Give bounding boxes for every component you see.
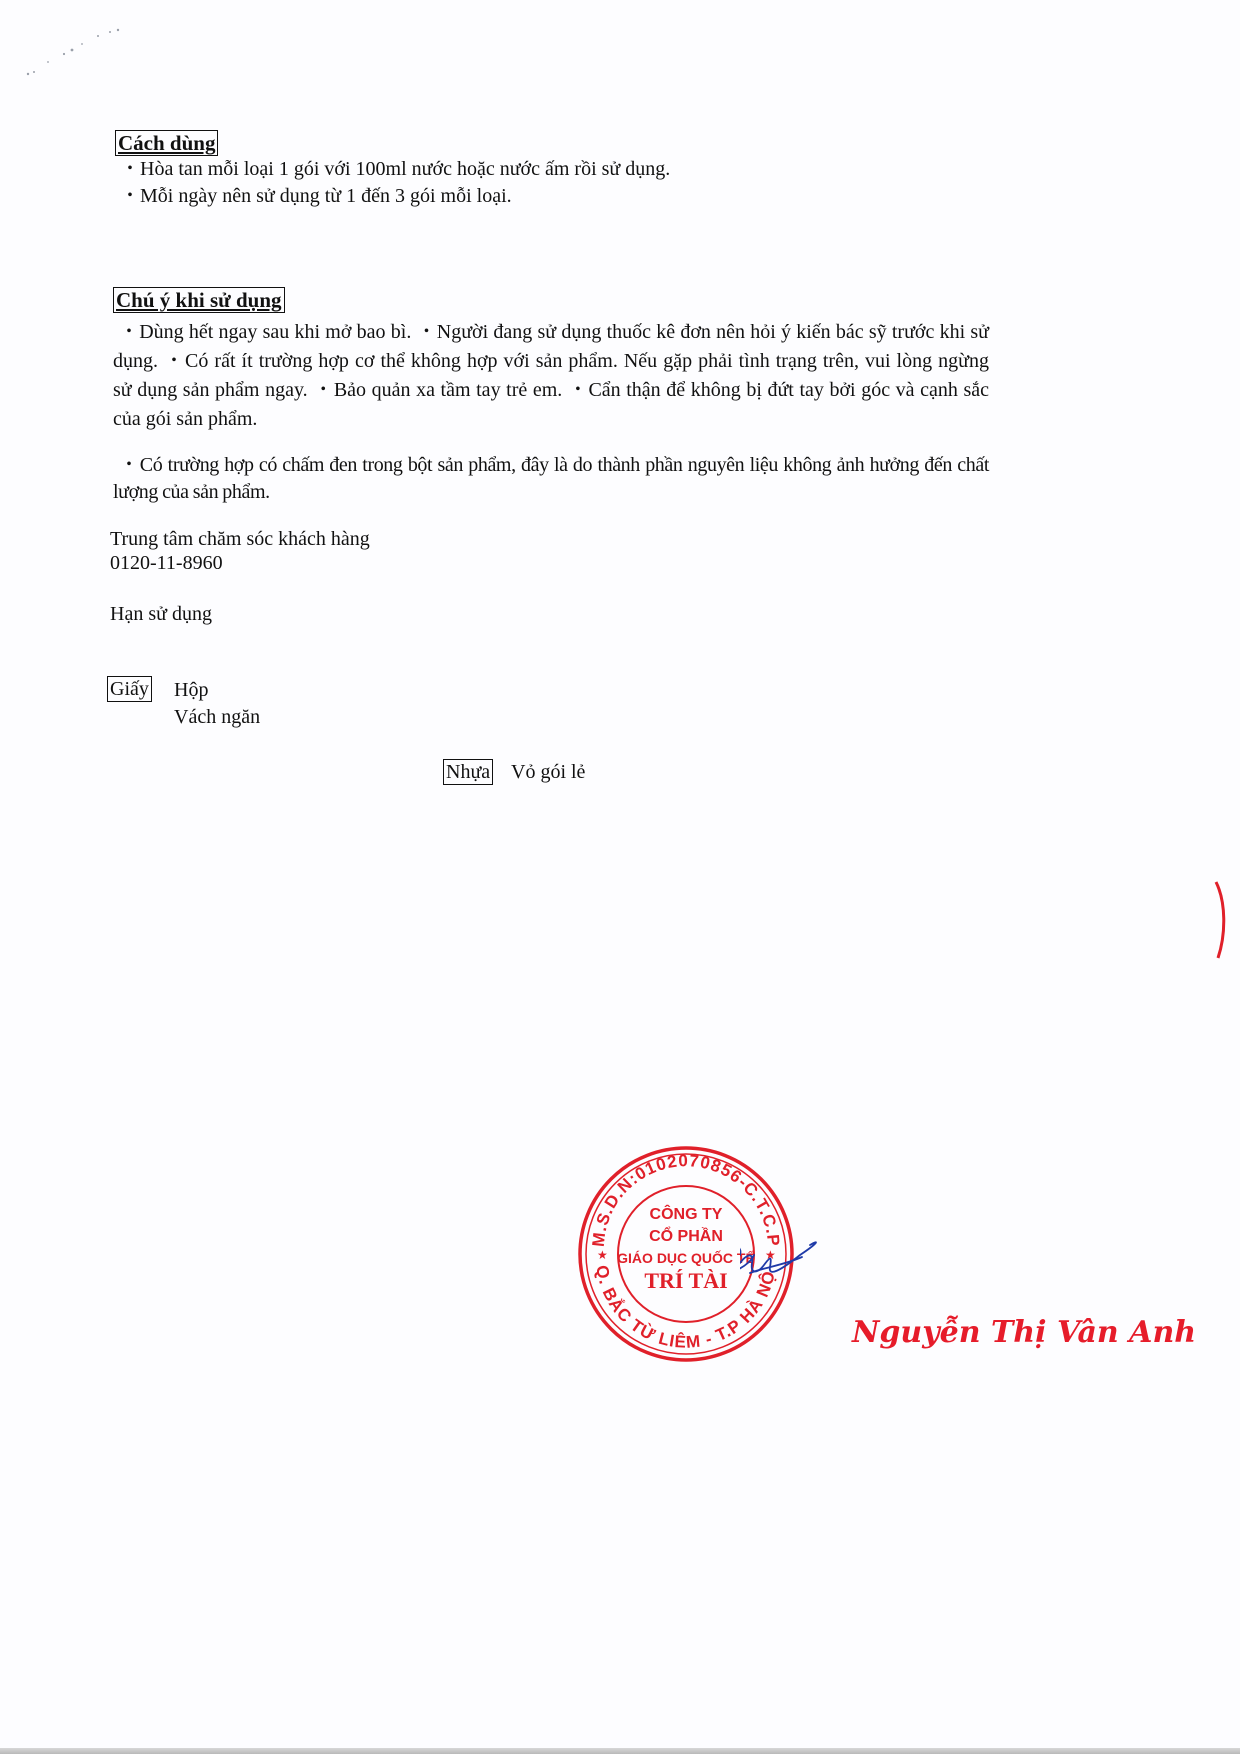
expiry-label: Hạn sử dụng — [110, 602, 212, 626]
material-paper-label: Giấy — [107, 676, 152, 702]
bullet-icon: ・ — [120, 158, 140, 180]
material-plastic-label: Nhựa — [443, 759, 493, 785]
scan-mark — [1212, 880, 1230, 960]
page-bottom-edge — [0, 1748, 1240, 1754]
customer-care-phone: 0120-11-8960 — [110, 551, 223, 575]
cautions-paragraph: ・Dùng hết ngay sau khi mở bao bì. ・Người… — [113, 318, 989, 434]
signer-name: Nguyễn Thị Vân Anh — [852, 1315, 1196, 1350]
customer-care-label: Trung tâm chăm sóc khách hàng — [110, 527, 370, 551]
usage-heading: Cách dùng — [115, 130, 218, 156]
material-plastic-item: Vỏ gói lẻ — [511, 760, 585, 784]
usage-item: ・Hòa tan mỗi loại 1 gói với 100ml nước h… — [120, 157, 670, 181]
scan-artifact — [10, 14, 130, 84]
star-icon: ★ — [597, 1248, 608, 1262]
bullet-icon: ・ — [120, 185, 140, 207]
stamp-line-3: GIÁO DỤC QUỐC TẾ — [617, 1249, 755, 1266]
usage-item: ・Mỗi ngày nên sử dụng từ 1 đến 3 gói mỗi… — [120, 184, 512, 208]
stamp-line-4: TRÍ TÀI — [644, 1268, 727, 1293]
cautions-heading: Chú ý khi sử dụng — [113, 287, 285, 313]
stamp-line-1: CÔNG TY — [650, 1204, 723, 1223]
material-paper-item: Hộp — [174, 678, 208, 702]
stamp-line-2: CỔ PHẦN — [649, 1226, 723, 1245]
handwritten-signature — [740, 1225, 880, 1320]
cautions-paragraph: ・Có trường hợp có chấm đen trong bột sản… — [113, 452, 989, 506]
material-paper-item: Vách ngăn — [174, 705, 260, 729]
